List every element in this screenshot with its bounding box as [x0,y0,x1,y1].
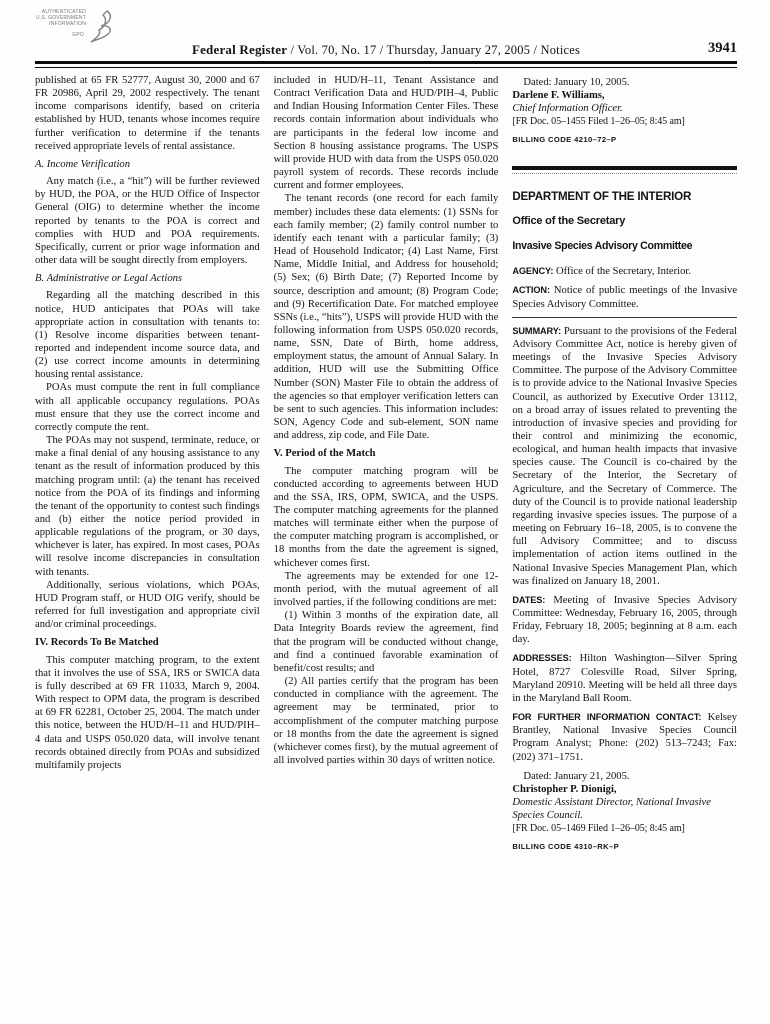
billing-code: BILLING CODE 4210–72–P [512,133,737,146]
paragraph: Additionally, serious violations, which … [35,579,260,632]
field-text: Meeting of Invasive Species Advisory Com… [512,595,737,645]
paragraph: Any match (i.e., a “hit”) will be furthe… [35,175,260,267]
column-3: Dated: January 10, 2005.Darlene F. Willi… [512,74,737,853]
paragraph: POAs must compute the rent in full compl… [35,381,260,434]
gpo-logo-text: AUTHENTICATED U.S. GOVERNMENT INFORMATIO… [36,9,86,38]
notice-separator [512,166,737,174]
paragraph: The computer matching program will be co… [274,465,499,570]
paragraph-continued: included in HUD/H–11, Tenant Assistance … [274,74,499,192]
header-title: Federal Register / Vol. 70, No. 17 / Thu… [35,42,737,58]
section-heading: V. Period of the Match [274,447,499,460]
labeled-paragraph: FOR FURTHER INFORMATION CONTACT: Kelsey … [512,711,737,764]
field-text: Pursuant to the provisions of the Federa… [512,326,737,587]
labeled-paragraph: AGENCY: Office of the Secretary, Interio… [512,265,737,278]
federal-register-page: AUTHENTICATED U.S. GOVERNMENT INFORMATIO… [0,0,770,1024]
separator-dotted-line [512,173,737,174]
separator-bar [512,166,737,170]
paragraph: This computer matching program, to the e… [35,654,260,772]
paragraph: (2) All parties certify that the program… [274,675,499,767]
journal-name: Federal Register [192,42,287,57]
paragraph: (1) Within 3 months of the expiration da… [274,609,499,675]
labeled-paragraph: ACTION: Notice of public meetings of the… [512,284,737,310]
notice-title: Invasive Species Advisory Committee [512,240,737,253]
field-label: ACTION: [512,285,550,295]
column-1: published at 65 FR 52777, August 30, 200… [35,74,260,853]
paragraph: The tenant records (one record for each … [274,192,499,442]
paragraph: The POAs may not suspend, terminate, red… [35,434,260,579]
labeled-paragraph: DATES: Meeting of Invasive Species Advis… [512,594,737,647]
paragraph: Regarding all the matching described in … [35,289,260,381]
signer-title: Domestic Assistant Director, National In… [512,796,737,822]
signer-name: Christopher P. Dionigi, [512,783,737,796]
page-number: 3941 [708,40,737,57]
issue-info: / Vol. 70, No. 17 / Thursday, January 27… [287,43,580,57]
labeled-paragraph: ADDRESSES: Hilton Washington—Silver Spri… [512,652,737,705]
three-column-text: published at 65 FR 52777, August 30, 200… [35,74,737,853]
subsection-heading: B. Administrative or Legal Actions [35,272,260,285]
dated-line: Dated: January 21, 2005. [512,770,737,783]
gpo-authenticated-logo: AUTHENTICATED U.S. GOVERNMENT INFORMATIO… [36,9,113,43]
field-label: SUMMARY: [512,326,561,336]
field-label: FOR FURTHER INFORMATION CONTACT: [512,712,701,722]
field-label: ADDRESSES: [512,653,571,663]
column-2: included in HUD/H–11, Tenant Assistance … [274,74,499,853]
header-rule [35,61,737,68]
signer-name: Darlene F. Williams, [512,89,737,102]
department-heading: DEPARTMENT OF THE INTERIOR [512,190,737,203]
office-heading: Office of the Secretary [512,215,737,228]
dated-line: Dated: January 10, 2005. [512,76,737,89]
fr-doc-line: [FR Doc. 05–1469 Filed 1–26–05; 8:45 am] [512,822,737,835]
subsection-heading: A. Income Verification [35,158,260,171]
page-header: Federal Register / Vol. 70, No. 17 / Thu… [35,42,737,58]
gpo-eagle-icon [87,9,113,43]
preamble-rule [512,317,737,318]
field-text: Office of the Secretary, Interior. [553,266,691,277]
signer-title: Chief Information Officer. [512,102,737,115]
field-label: DATES: [512,595,545,605]
paragraph: The agreements may be extended for one 1… [274,570,499,609]
billing-code: BILLING CODE 4310–RK–P [512,840,737,853]
gpo-logo-line: GPO [36,32,86,38]
section-heading: IV. Records To Be Matched [35,636,260,649]
paragraph-continued: published at 65 FR 52777, August 30, 200… [35,74,260,153]
labeled-paragraph: SUMMARY: Pursuant to the provisions of t… [512,325,737,588]
field-label: AGENCY: [512,266,553,276]
gpo-logo-line: INFORMATION [36,21,86,27]
fr-doc-line: [FR Doc. 05–1455 Filed 1–26–05; 8:45 am] [512,115,737,128]
